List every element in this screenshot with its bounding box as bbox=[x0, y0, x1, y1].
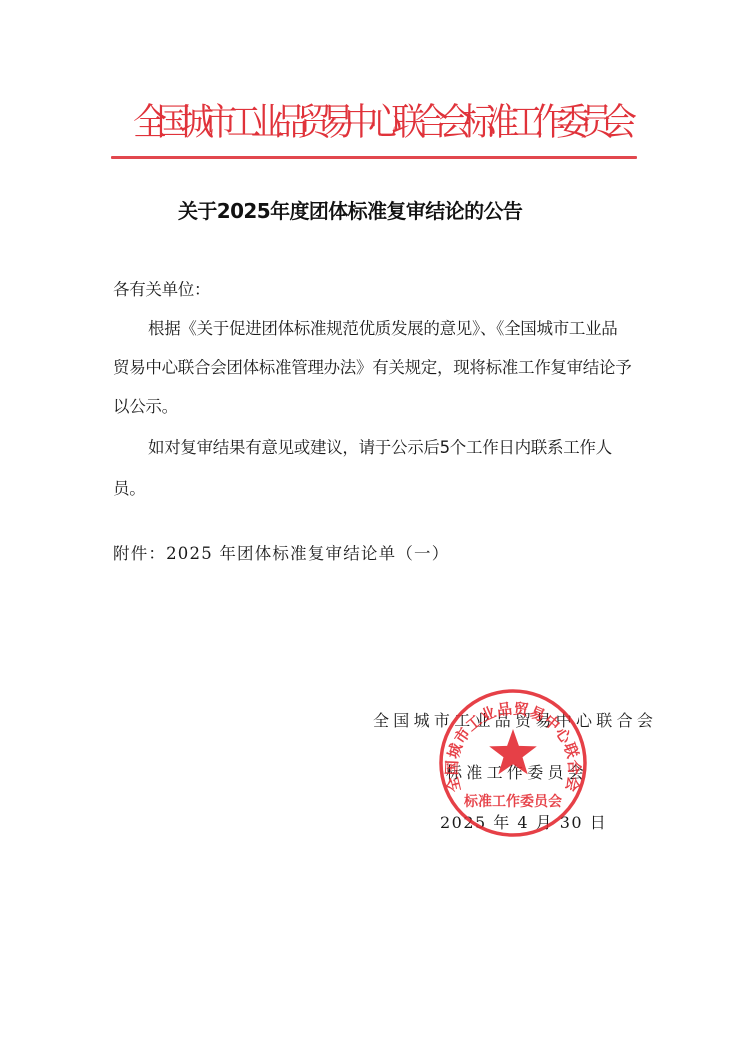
document-page: 全国城市工业品贸易中心联合会标准工作委员会 关于2025年度团体标准复审结论的公… bbox=[0, 0, 750, 1061]
paragraph-1-line-1: 根据《关于促进团体标准规范优质发展的意见》、《全国城市工业品 bbox=[148, 318, 618, 340]
signature-committee: 标准工作委员会 bbox=[446, 763, 588, 783]
paragraph-1-line-3: 以公示。 bbox=[113, 396, 178, 418]
letterhead-divider bbox=[111, 156, 637, 159]
paragraph-2-line-1: 如对复审结果有意见或建议，请于公示后5个工作日内联系工作人 bbox=[148, 437, 612, 459]
salutation: 各有关单位： bbox=[113, 279, 210, 301]
signature-organization: 全国城市工业品贸易中心联合会 bbox=[373, 711, 657, 731]
paragraph-2-line-2: 员。 bbox=[113, 478, 145, 500]
notice-title: 关于2025年度团体标准复审结论的公告 bbox=[178, 197, 578, 225]
letterhead-title: 全国城市工业品贸易中心联合会标准工作委员会 bbox=[133, 101, 620, 144]
seal-bottom-text: 标准工作委员会 bbox=[463, 793, 562, 810]
paragraph-1-line-2: 贸易中心联合会团体标准管理办法》有关规定，现将标准工作复审结论予 bbox=[113, 357, 631, 379]
signature-date: 2025 年 4 月 30 日 bbox=[440, 813, 607, 833]
attachment-reference: 附件：2025 年团体标准复审结论单（一） bbox=[113, 543, 449, 565]
